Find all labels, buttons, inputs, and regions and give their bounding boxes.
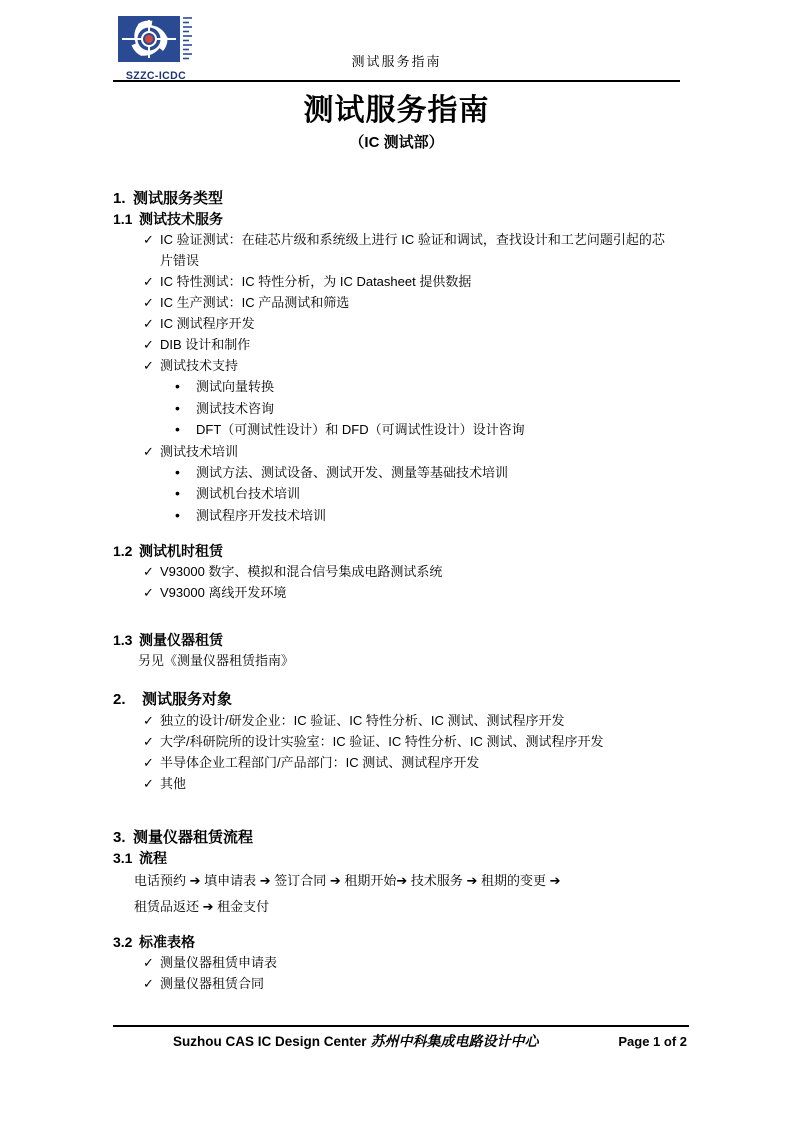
item-text: 测试程序开发技术培训 xyxy=(196,505,326,527)
footer-org-cn: 苏州中科集成电路设计中心 xyxy=(371,1033,539,1049)
check-item: ✓测试技术培训 xyxy=(143,441,680,462)
check-icon: ✓ xyxy=(143,292,160,313)
section-number: 2. xyxy=(113,690,142,710)
footer-org-en: Suzhou CAS IC Design Center xyxy=(173,1034,367,1049)
check-item: ✓V93000 离线开发环境 xyxy=(143,582,680,603)
bullet-icon: • xyxy=(175,376,196,398)
item-text: 其他 xyxy=(160,773,186,794)
subsection-title: 测量仪器租赁 xyxy=(139,632,223,648)
check-item: ✓大学/科研院所的设计实验室：IC 验证、IC 特性分析、IC 测试、测试程序开… xyxy=(143,731,680,752)
check-icon: ✓ xyxy=(143,561,160,582)
bullet-icon: • xyxy=(175,483,196,505)
item-text: 测试技术培训 xyxy=(160,441,238,462)
check-icon: ✓ xyxy=(143,773,160,794)
check-item: ✓DIB 设计和制作 xyxy=(143,334,680,355)
process-flow-line: 电话预约 ➔ 填申请表 ➔ 签订合同 ➔ 租期开始➔ 技术服务 ➔ 租期的变更 … xyxy=(134,868,680,894)
paragraph: 另见《测量仪器租赁指南》 xyxy=(138,650,680,671)
section-heading-2: 2.测试服务对象 xyxy=(113,690,680,710)
item-text: IC 生产测试：IC 产品测试和筛选 xyxy=(160,292,349,313)
subsection-title: 流程 xyxy=(139,850,167,866)
footer-organization: Suzhou CAS IC Design Center苏州中科集成电路设计中心 xyxy=(173,1031,539,1051)
subsection-number: 3.2 xyxy=(113,932,139,952)
check-item: ✓IC 验证测试：在硅芯片级和系统级上进行 IC 验证和调试，查找设计和工艺问题… xyxy=(143,229,680,271)
check-item: ✓独立的设计/研发企业：IC 验证、IC 特性分析、IC 测试、测试程序开发 xyxy=(143,710,680,731)
check-item: ✓IC 特性测试：IC 特性分析，为 IC Datasheet 提供数据 xyxy=(143,271,680,292)
bullet-item: •测试机台技术培训 xyxy=(175,483,680,505)
check-item: ✓测量仪器租赁合同 xyxy=(143,973,680,994)
page-header: SZZC-ICDC 测试服务指南 xyxy=(113,16,680,82)
check-icon: ✓ xyxy=(143,752,160,773)
subsection-heading-3-1: 3.1流程 xyxy=(113,848,680,868)
item-text: 测试技术咨询 xyxy=(196,398,274,420)
check-item: ✓测量仪器租赁申请表 xyxy=(143,952,680,973)
subsection-number: 1.2 xyxy=(113,541,139,561)
bullet-icon: • xyxy=(175,398,196,420)
subsection-heading-3-2: 3.2标准表格 xyxy=(113,932,680,952)
document-page: SZZC-ICDC 测试服务指南 测试服务指南 （IC 测试部） 1.测试服务类… xyxy=(0,0,793,1122)
subsection-number: 3.1 xyxy=(113,848,139,868)
subsection-title: 标准表格 xyxy=(139,934,195,950)
subsection-number: 1.3 xyxy=(113,630,139,650)
check-icon: ✓ xyxy=(143,334,160,355)
check-icon: ✓ xyxy=(143,229,160,271)
process-flow-line: 租赁品返还 ➔ 租金支付 xyxy=(134,894,680,920)
check-icon: ✓ xyxy=(143,441,160,462)
bullet-item: •测试技术咨询 xyxy=(175,398,680,420)
check-icon: ✓ xyxy=(143,271,160,292)
section-heading-1: 1.测试服务类型 xyxy=(113,189,680,209)
bullet-icon: • xyxy=(175,505,196,527)
item-text: IC 特性测试：IC 特性分析，为 IC Datasheet 提供数据 xyxy=(160,271,471,292)
check-icon: ✓ xyxy=(143,582,160,603)
running-header-title: 测试服务指南 xyxy=(113,51,680,70)
check-item: ✓半导体企业工程部门/产品部门：IC 测试、测试程序开发 xyxy=(143,752,680,773)
check-icon: ✓ xyxy=(143,731,160,752)
item-text: 测试机台技术培训 xyxy=(196,483,300,505)
subsection-heading-1-2: 1.2测试机时租赁 xyxy=(113,541,680,561)
section-number: 1. xyxy=(113,189,133,209)
item-text: 测量仪器租赁合同 xyxy=(160,973,264,994)
item-text: DIB 设计和制作 xyxy=(160,334,250,355)
check-icon: ✓ xyxy=(143,973,160,994)
check-item: ✓其他 xyxy=(143,773,680,794)
subsection-title: 测试技术服务 xyxy=(139,211,223,227)
item-text: IC 验证测试：在硅芯片级和系统级上进行 IC 验证和调试，查找设计和工艺问题引… xyxy=(160,229,672,271)
check-icon: ✓ xyxy=(143,355,160,376)
check-item: ✓测试技术支持 xyxy=(143,355,680,376)
logo-caption: SZZC-ICDC xyxy=(116,70,196,83)
check-icon: ✓ xyxy=(143,710,160,731)
company-logo: SZZC-ICDC xyxy=(116,16,196,82)
bullet-icon: • xyxy=(175,462,196,484)
item-text: DFT（可测试性设计）和 DFD（可调试性设计）设计咨询 xyxy=(196,419,525,441)
check-item: ✓V93000 数字、模拟和混合信号集成电路测试系统 xyxy=(143,561,680,582)
bullet-icon: • xyxy=(175,419,196,441)
check-icon: ✓ xyxy=(143,313,160,334)
page-footer: Suzhou CAS IC Design Center苏州中科集成电路设计中心 … xyxy=(113,1025,689,1051)
item-text: V93000 离线开发环境 xyxy=(160,582,286,603)
section-heading-3: 3.测量仪器租赁流程 xyxy=(113,828,680,848)
item-text: 测试方法、测试设备、测试开发、测量等基础技术培训 xyxy=(196,462,508,484)
bullet-item: •测试程序开发技术培训 xyxy=(175,505,680,527)
item-text: 大学/科研院所的设计实验室：IC 验证、IC 特性分析、IC 测试、测试程序开发 xyxy=(160,731,603,752)
section-title: 测量仪器租赁流程 xyxy=(133,829,253,846)
item-text: 测试技术支持 xyxy=(160,355,238,376)
item-text: 测试向量转换 xyxy=(196,376,274,398)
item-text: 独立的设计/研发企业：IC 验证、IC 特性分析、IC 测试、测试程序开发 xyxy=(160,710,564,731)
bullet-item: •测试向量转换 xyxy=(175,376,680,398)
page-number: Page 1 of 2 xyxy=(618,1034,687,1049)
subsection-heading-1-3: 1.3测量仪器租赁 xyxy=(113,630,680,650)
subsection-number: 1.1 xyxy=(113,209,139,229)
check-item: ✓IC 生产测试：IC 产品测试和筛选 xyxy=(143,292,680,313)
check-item: ✓IC 测试程序开发 xyxy=(143,313,680,334)
subsection-heading-1-1: 1.1测试技术服务 xyxy=(113,209,680,229)
section-title: 测试服务类型 xyxy=(133,190,223,207)
document-subtitle: （IC 测试部） xyxy=(113,133,680,153)
subsection-title: 测试机时租赁 xyxy=(139,543,223,559)
section-title: 测试服务对象 xyxy=(142,691,232,708)
document-title: 测试服务指南 xyxy=(113,94,680,128)
bullet-item: •DFT（可测试性设计）和 DFD（可调试性设计）设计咨询 xyxy=(175,419,680,441)
item-text: V93000 数字、模拟和混合信号集成电路测试系统 xyxy=(160,561,442,582)
item-text: 测量仪器租赁申请表 xyxy=(160,952,277,973)
section-number: 3. xyxy=(113,828,133,848)
item-text: IC 测试程序开发 xyxy=(160,313,255,334)
check-icon: ✓ xyxy=(143,952,160,973)
bullet-item: •测试方法、测试设备、测试开发、测量等基础技术培训 xyxy=(175,462,680,484)
item-text: 半导体企业工程部门/产品部门：IC 测试、测试程序开发 xyxy=(160,752,479,773)
